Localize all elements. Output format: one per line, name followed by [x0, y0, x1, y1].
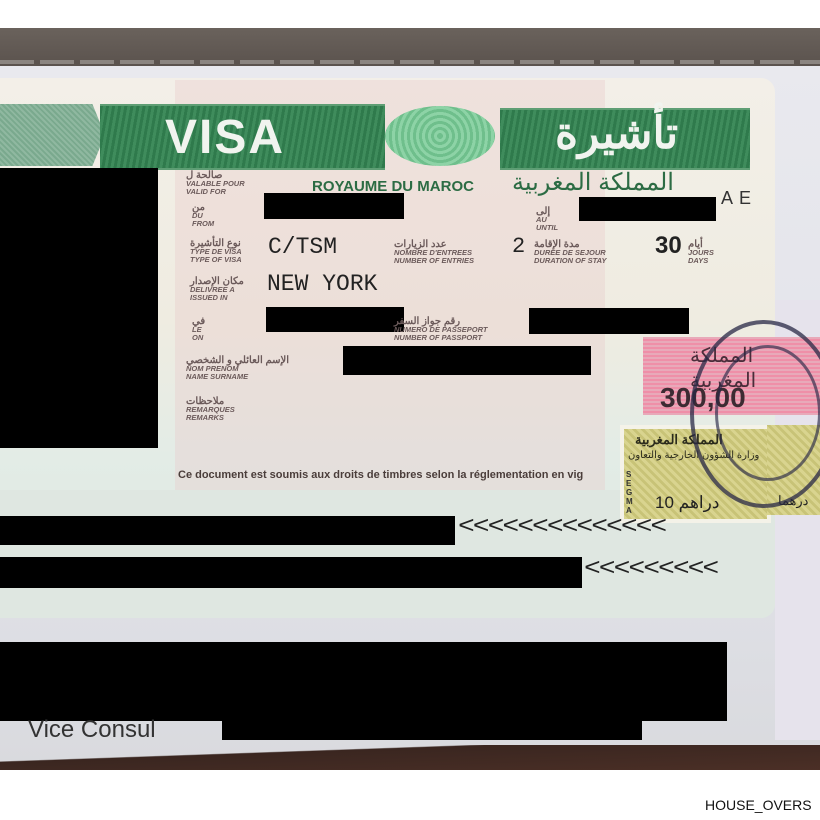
consul-name-redacted [222, 718, 642, 740]
page-bottom-shadow [0, 745, 820, 770]
ministry-stamp-amount: 10 دراهم [655, 493, 719, 513]
issuer-arabic: المملكة المغربية [512, 168, 674, 197]
signatory-title: Vice Consul [28, 716, 156, 744]
mrz-line1-redacted [0, 516, 455, 545]
label-remarks: ملاحظاتREMARQUESREMARKS [186, 398, 235, 422]
guilloche-panel-left [0, 104, 105, 166]
label-number-of-entries: عدد الزياراتNOMBRE D'ENTREESNUMBER OF EN… [394, 241, 474, 265]
duration-value: 30 [655, 232, 682, 260]
label-issued-in: مكان الإصدارDELIVREE AISSUED IN [190, 278, 244, 302]
issued-in-value: NEW YORK [267, 271, 377, 297]
mrz-line2-redacted [0, 557, 582, 588]
label-valid-for: صالحة لVALABLE POURVALID FOR [186, 172, 245, 196]
guilloche-oval-emblem [385, 106, 495, 166]
visa-type-value: C/TSM [268, 234, 337, 260]
label-until: إلىAUUNTIL [536, 208, 558, 232]
signature-redacted [0, 642, 727, 721]
label-days: أيامJOURSDAYS [688, 241, 714, 265]
mrz-line1-fill: <<<<<<<<<<<<<< [458, 514, 665, 540]
label-type-of-visa: نوع التأشيرةTYPE DE VISATYPE OF VISA [190, 240, 242, 264]
label-passport-number: رقم جواز السفرNUMERO DE PASSEPORTNUMBER … [394, 318, 488, 342]
issue-date-redacted [266, 307, 404, 332]
label-name-surname: الإسم العائلي و الشخصيNOM PRENOMNAME SUR… [186, 357, 289, 381]
entries-value: 2 [512, 234, 525, 259]
visa-title-arabic: تأشيرة [555, 108, 678, 159]
mrz-line2-fill: <<<<<<<<< [584, 556, 717, 582]
cover-stitching [0, 60, 820, 64]
label-on: فيLEON [192, 318, 205, 342]
ministry-stamp-side-label: SEGMA [626, 470, 634, 515]
valid-for-value-redacted [264, 193, 404, 219]
label-from: منDUFROM [192, 204, 214, 228]
passport-number-redacted [529, 308, 689, 334]
stamp-duty-notice: Ce document est soumis aux droits de tim… [178, 469, 583, 481]
until-value-redacted [579, 197, 716, 221]
country-code: AE [721, 188, 757, 209]
label-duration-of-stay: مدة الإقامةDUREE DE SEJOURDURATION OF ST… [534, 241, 607, 265]
photo-redaction [0, 168, 158, 448]
visa-title: VISA [165, 110, 285, 165]
consulate-seal-inner-ring [715, 345, 820, 481]
name-redacted [343, 346, 591, 375]
watermark: HOUSE_OVERS [705, 797, 812, 813]
